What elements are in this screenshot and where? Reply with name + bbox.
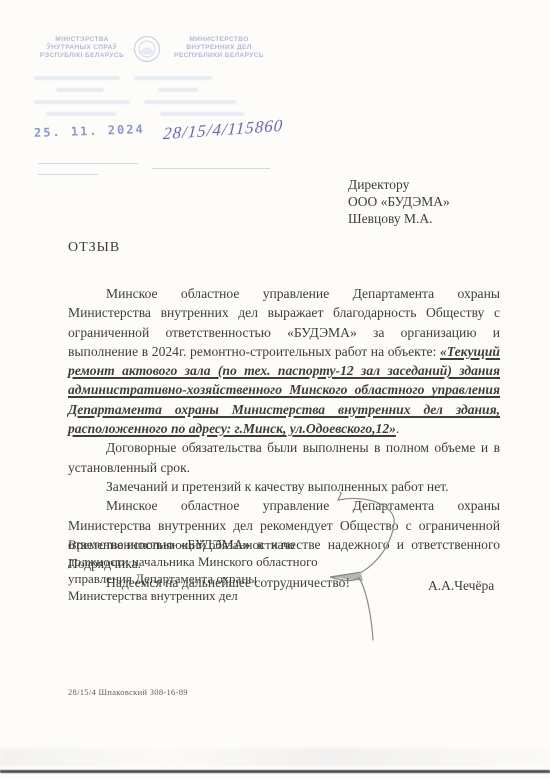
stamp-rule-line bbox=[152, 168, 270, 169]
recipient-role: Директору bbox=[348, 176, 450, 193]
stamp-header: МІНІСТЭРСТВА ЎНУТРАНЫХ СПРАЎ РЭСПУБЛІКІ … bbox=[34, 36, 274, 68]
stamp-right-line: РЕСПУБЛИКИ БЕЛАРУСЬ bbox=[164, 52, 274, 60]
signer-position-line: Министерства внутренних дел bbox=[68, 587, 318, 604]
stamp-left-line: МІНІСТЭРСТВА bbox=[34, 36, 130, 44]
recipient-person: Шевцову М.А. bbox=[348, 210, 450, 227]
document-page: МІНІСТЭРСТВА ЎНУТРАНЫХ СПРАЎ РЭСПУБЛІКІ … bbox=[0, 0, 550, 779]
paragraph-1-text: Минское областное управление Департамент… bbox=[68, 286, 500, 359]
handwritten-signature bbox=[313, 490, 433, 650]
signer-position-line: должности начальника Минского областного bbox=[68, 553, 318, 570]
document-title: ОТЗЫВ bbox=[68, 240, 120, 256]
recipient-company: ООО «БУДЭМА» bbox=[348, 193, 450, 210]
stamp-illegible-lines bbox=[34, 76, 274, 116]
recipient-block: Директору ООО «БУДЭМА» Шевцову М.А. bbox=[348, 176, 450, 227]
coat-of-arms-icon bbox=[130, 34, 164, 68]
stamp-rule-line bbox=[38, 163, 138, 164]
signer-position-line: управления Департамента охраны bbox=[68, 570, 318, 587]
stamp-left-line: РЭСПУБЛІКІ БЕЛАРУСЬ bbox=[34, 52, 130, 60]
stamp-right-line: ВНУТРЕННИХ ДЕЛ bbox=[164, 44, 274, 52]
stamp-right-line: МИНИСТЕРСТВО bbox=[164, 36, 274, 44]
paragraph-1-period: . bbox=[396, 421, 399, 436]
date-stamp: 25. 11. 2024 bbox=[34, 122, 145, 140]
scan-bottom-edge bbox=[0, 770, 550, 773]
stamp-right-column: МИНИСТЕРСТВО ВНУТРЕННИХ ДЕЛ РЕСПУБЛИКИ Б… bbox=[164, 36, 274, 60]
signer-position-line: Временно исполняющий обязанности по bbox=[68, 536, 318, 553]
paragraph-1: Минское областное управление Департамент… bbox=[68, 284, 500, 438]
stamp-registration-row: 25. 11. 2024 28/15/4/115860 bbox=[34, 124, 274, 140]
ministry-letterhead-stamp: МІНІСТЭРСТВА ЎНУТРАНЫХ СПРАЎ РЭСПУБЛІКІ … bbox=[34, 36, 274, 140]
paragraph-3: Замечаний и претензий к качеству выполне… bbox=[68, 477, 500, 496]
handwritten-registration-number: 28/15/4/115860 bbox=[162, 116, 284, 145]
signer-position-block: Временно исполняющий обязанности по долж… bbox=[68, 536, 318, 604]
executor-reference: 28/15/4 Шпаковский 308-16-89 bbox=[68, 687, 188, 697]
paragraph-2: Договорные обязательства были выполнены … bbox=[68, 438, 500, 477]
stamp-left-column: МІНІСТЭРСТВА ЎНУТРАНЫХ СПРАЎ РЭСПУБЛІКІ … bbox=[34, 36, 130, 60]
stamp-rule-line bbox=[38, 174, 98, 175]
signer-name: А.А.Чечёра bbox=[428, 578, 494, 594]
stamp-left-line: ЎНУТРАНЫХ СПРАЎ bbox=[34, 44, 130, 52]
scan-artifact-band bbox=[0, 748, 550, 766]
